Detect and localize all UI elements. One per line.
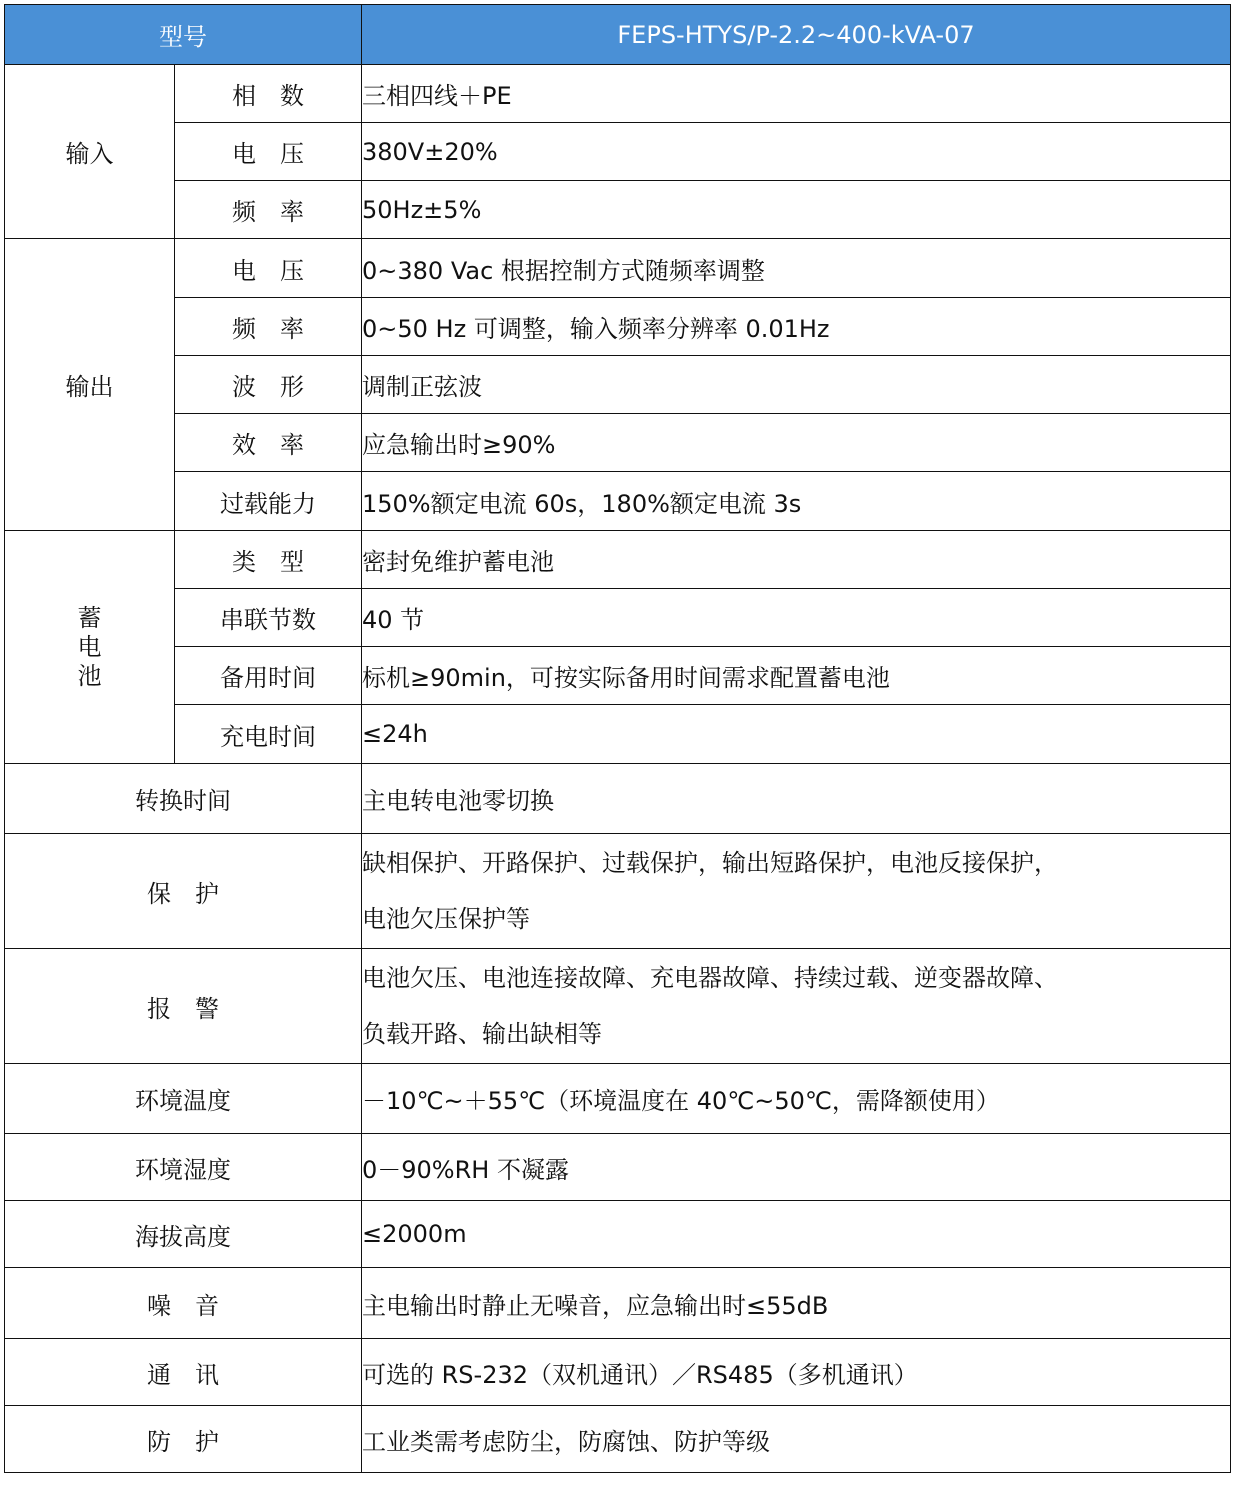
group-battery: 蓄 电 池: [5, 531, 175, 764]
row-value: 0－90%RH 不凝露: [362, 1134, 1231, 1201]
row-label: 效 率: [175, 414, 362, 472]
row-value: 50Hz±5%: [362, 181, 1231, 239]
row-value: 三相四线＋PE: [362, 65, 1231, 123]
table-row: 环境湿度 0－90%RH 不凝露: [5, 1134, 1231, 1201]
row-value: 工业类需考虑防尘，防腐蚀、防护等级: [362, 1406, 1231, 1473]
table-row: 转换时间 主电转电池零切换: [5, 764, 1231, 834]
row-label: 波 形: [175, 356, 362, 414]
model-value: FEPS-HTYS/P-2.2~400-kVA-07: [362, 5, 1231, 65]
row-value: 可选的 RS-232（双机通讯）／RS485（多机通讯）: [362, 1339, 1231, 1406]
table-row: 海拔高度 ≤2000m: [5, 1201, 1231, 1268]
row-value: 主电输出时静止无噪音，应急输出时≤55dB: [362, 1268, 1231, 1339]
row-label: 串联节数: [175, 589, 362, 647]
row-label: 电 压: [175, 239, 362, 298]
table-row: 电 压 380V±20%: [5, 123, 1231, 181]
table-row: 通 讯 可选的 RS-232（双机通讯）／RS485（多机通讯）: [5, 1339, 1231, 1406]
value-line: 负载开路、输出缺相等: [362, 1006, 1230, 1062]
group-battery-char: 蓄: [5, 604, 174, 633]
row-label-altitude: 海拔高度: [5, 1201, 362, 1268]
table-row: 备用时间 标机≥90min，可按实际备用时间需求配置蓄电池: [5, 647, 1231, 705]
group-battery-char: 池: [5, 662, 174, 691]
row-value: 标机≥90min，可按实际备用时间需求配置蓄电池: [362, 647, 1231, 705]
spec-table: 型号 FEPS-HTYS/P-2.2~400-kVA-07 输入 相 数 三相四…: [4, 4, 1231, 1473]
row-value: 0~380 Vac 根据控制方式随频率调整: [362, 239, 1231, 298]
row-label-enclosure-protection: 防 护: [5, 1406, 362, 1473]
table-row: 频 率 50Hz±5%: [5, 181, 1231, 239]
group-input: 输入: [5, 65, 175, 239]
row-label-switch-time: 转换时间: [5, 764, 362, 834]
table-row: 频 率 0~50 Hz 可调整，输入频率分辨率 0.01Hz: [5, 298, 1231, 356]
row-label: 电 压: [175, 123, 362, 181]
table-row: 效 率 应急输出时≥90%: [5, 414, 1231, 472]
row-label-communication: 通 讯: [5, 1339, 362, 1406]
row-value: 150%额定电流 60s，180%额定电流 3s: [362, 472, 1231, 531]
row-value: 调制正弦波: [362, 356, 1231, 414]
table-row: 输出 电 压 0~380 Vac 根据控制方式随频率调整: [5, 239, 1231, 298]
row-value: 40 节: [362, 589, 1231, 647]
group-output: 输出: [5, 239, 175, 531]
header-row: 型号 FEPS-HTYS/P-2.2~400-kVA-07: [5, 5, 1231, 65]
row-label: 相 数: [175, 65, 362, 123]
table-row: 波 形 调制正弦波: [5, 356, 1231, 414]
row-label-ambient-temp: 环境温度: [5, 1064, 362, 1134]
row-value: 密封免维护蓄电池: [362, 531, 1231, 589]
row-value: 应急输出时≥90%: [362, 414, 1231, 472]
row-label-noise: 噪 音: [5, 1268, 362, 1339]
row-label-alarm: 报 警: [5, 949, 362, 1064]
table-row: 输入 相 数 三相四线＋PE: [5, 65, 1231, 123]
table-row: 蓄 电 池 类 型 密封免维护蓄电池: [5, 531, 1231, 589]
row-value-multiline: 缺相保护、开路保护、过载保护，输出短路保护，电池反接保护， 电池欠压保护等: [362, 834, 1231, 949]
value-line: 缺相保护、开路保护、过载保护，输出短路保护，电池反接保护，: [362, 835, 1230, 891]
value-line: 电池欠压保护等: [362, 891, 1230, 947]
value-line: 电池欠压、电池连接故障、充电器故障、持续过载、逆变器故障、: [362, 950, 1230, 1006]
row-label: 充电时间: [175, 705, 362, 764]
table-row: 噪 音 主电输出时静止无噪音，应急输出时≤55dB: [5, 1268, 1231, 1339]
row-label-protection: 保 护: [5, 834, 362, 949]
row-value: ≤24h: [362, 705, 1231, 764]
row-label: 频 率: [175, 298, 362, 356]
table-row: 报 警 电池欠压、电池连接故障、充电器故障、持续过载、逆变器故障、 负载开路、输…: [5, 949, 1231, 1064]
row-value: 380V±20%: [362, 123, 1231, 181]
row-label: 过载能力: [175, 472, 362, 531]
table-row: 充电时间 ≤24h: [5, 705, 1231, 764]
group-battery-char: 电: [5, 633, 174, 662]
row-value: ≤2000m: [362, 1201, 1231, 1268]
row-label-humidity: 环境湿度: [5, 1134, 362, 1201]
table-row: 防 护 工业类需考虑防尘，防腐蚀、防护等级: [5, 1406, 1231, 1473]
row-value: 主电转电池零切换: [362, 764, 1231, 834]
row-value: －10℃~＋55℃（环境温度在 40℃~50℃，需降额使用）: [362, 1064, 1231, 1134]
row-value: 0~50 Hz 可调整，输入频率分辨率 0.01Hz: [362, 298, 1231, 356]
table-row: 环境温度 －10℃~＋55℃（环境温度在 40℃~50℃，需降额使用）: [5, 1064, 1231, 1134]
model-label: 型号: [5, 5, 362, 65]
table-row: 保 护 缺相保护、开路保护、过载保护，输出短路保护，电池反接保护， 电池欠压保护…: [5, 834, 1231, 949]
row-label: 类 型: [175, 531, 362, 589]
row-value-multiline: 电池欠压、电池连接故障、充电器故障、持续过载、逆变器故障、 负载开路、输出缺相等: [362, 949, 1231, 1064]
table-row: 串联节数 40 节: [5, 589, 1231, 647]
row-label: 备用时间: [175, 647, 362, 705]
table-row: 过载能力 150%额定电流 60s，180%额定电流 3s: [5, 472, 1231, 531]
row-label: 频 率: [175, 181, 362, 239]
